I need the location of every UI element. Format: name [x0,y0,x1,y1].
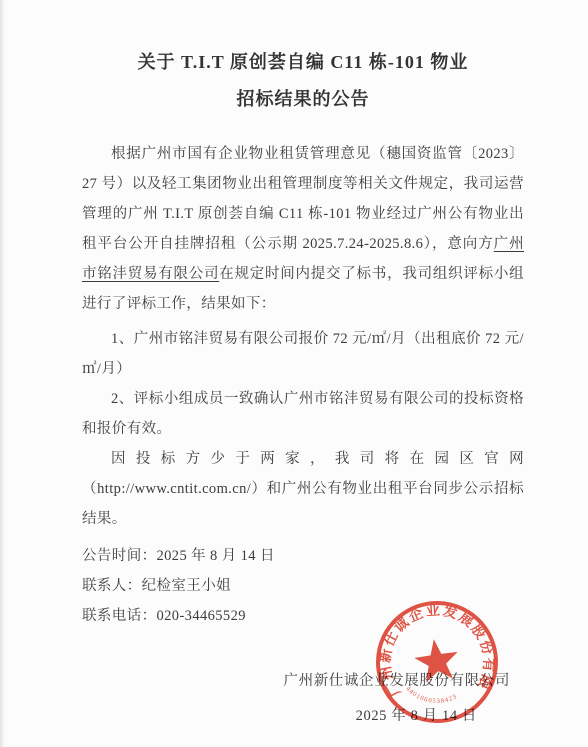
info-line: 联系电话：020-34465529 [82,601,524,631]
paragraph: 2、评标小组成员一致确认广州市铭沣贸易有限公司的投标资格和报价有效。 [82,384,524,444]
info-line: 公告时间：2025 年 8 月 14 日 [82,541,524,571]
text-segment: 根据广州市国有企业物业租赁管理意见（穗国资监管〔2023〕27 号）以及轻工集团… [82,146,524,252]
page-title: 关于 T.I.T 原创荟自编 C11 栋-101 物业 招标结果的公告 [82,44,524,118]
signature-date: 2025 年 8 月 14 日 [82,701,524,731]
text-segment: 1、广州市铭沣贸易有限公司报价 72 元/㎡/月（出租底价 72 元/㎡/月） [82,331,524,377]
signature-block: 广州新仕诚企业发展股份有限公司 2025 年 8 月 14 日 [82,666,524,731]
paragraph: 根据广州市国有企业物业租赁管理意见（穗国资监管〔2023〕27 号）以及轻工集团… [82,139,524,319]
title-line: 关于 T.I.T 原创荟自编 C11 栋-101 物业 [82,44,524,81]
title-line: 招标结果的公告 [82,81,524,118]
document-body: 根据广州市国有企业物业租赁管理意见（穗国资监管〔2023〕27 号）以及轻工集团… [82,139,524,534]
paragraph: 1、广州市铭沣贸易有限公司报价 72 元/㎡/月（出租底价 72 元/㎡/月） [82,324,524,384]
info-line: 联系人：纪检室王小姐 [82,571,524,601]
signature-company: 广州新仕诚企业发展股份有限公司 [82,666,524,696]
scan-edge-artifact [0,0,5,747]
paragraph: 因投标方少于两家，我司将在园区官网（http://www.cntit.com.c… [82,444,524,534]
text-segment: 2、评标小组成员一致确认广州市铭沣贸易有限公司的投标资格和报价有效。 [82,391,524,437]
document-content: 关于 T.I.T 原创荟自编 C11 栋-101 物业 招标结果的公告 根据广州… [82,44,524,731]
text-segment: 因投标方少于两家，我司将在园区官网（http://www.cntit.com.c… [82,451,524,527]
document-page: 关于 T.I.T 原创荟自编 C11 栋-101 物业 招标结果的公告 根据广州… [0,0,588,747]
info-block: 公告时间：2025 年 8 月 14 日联系人：纪检室王小姐联系电话：020-3… [82,541,524,631]
